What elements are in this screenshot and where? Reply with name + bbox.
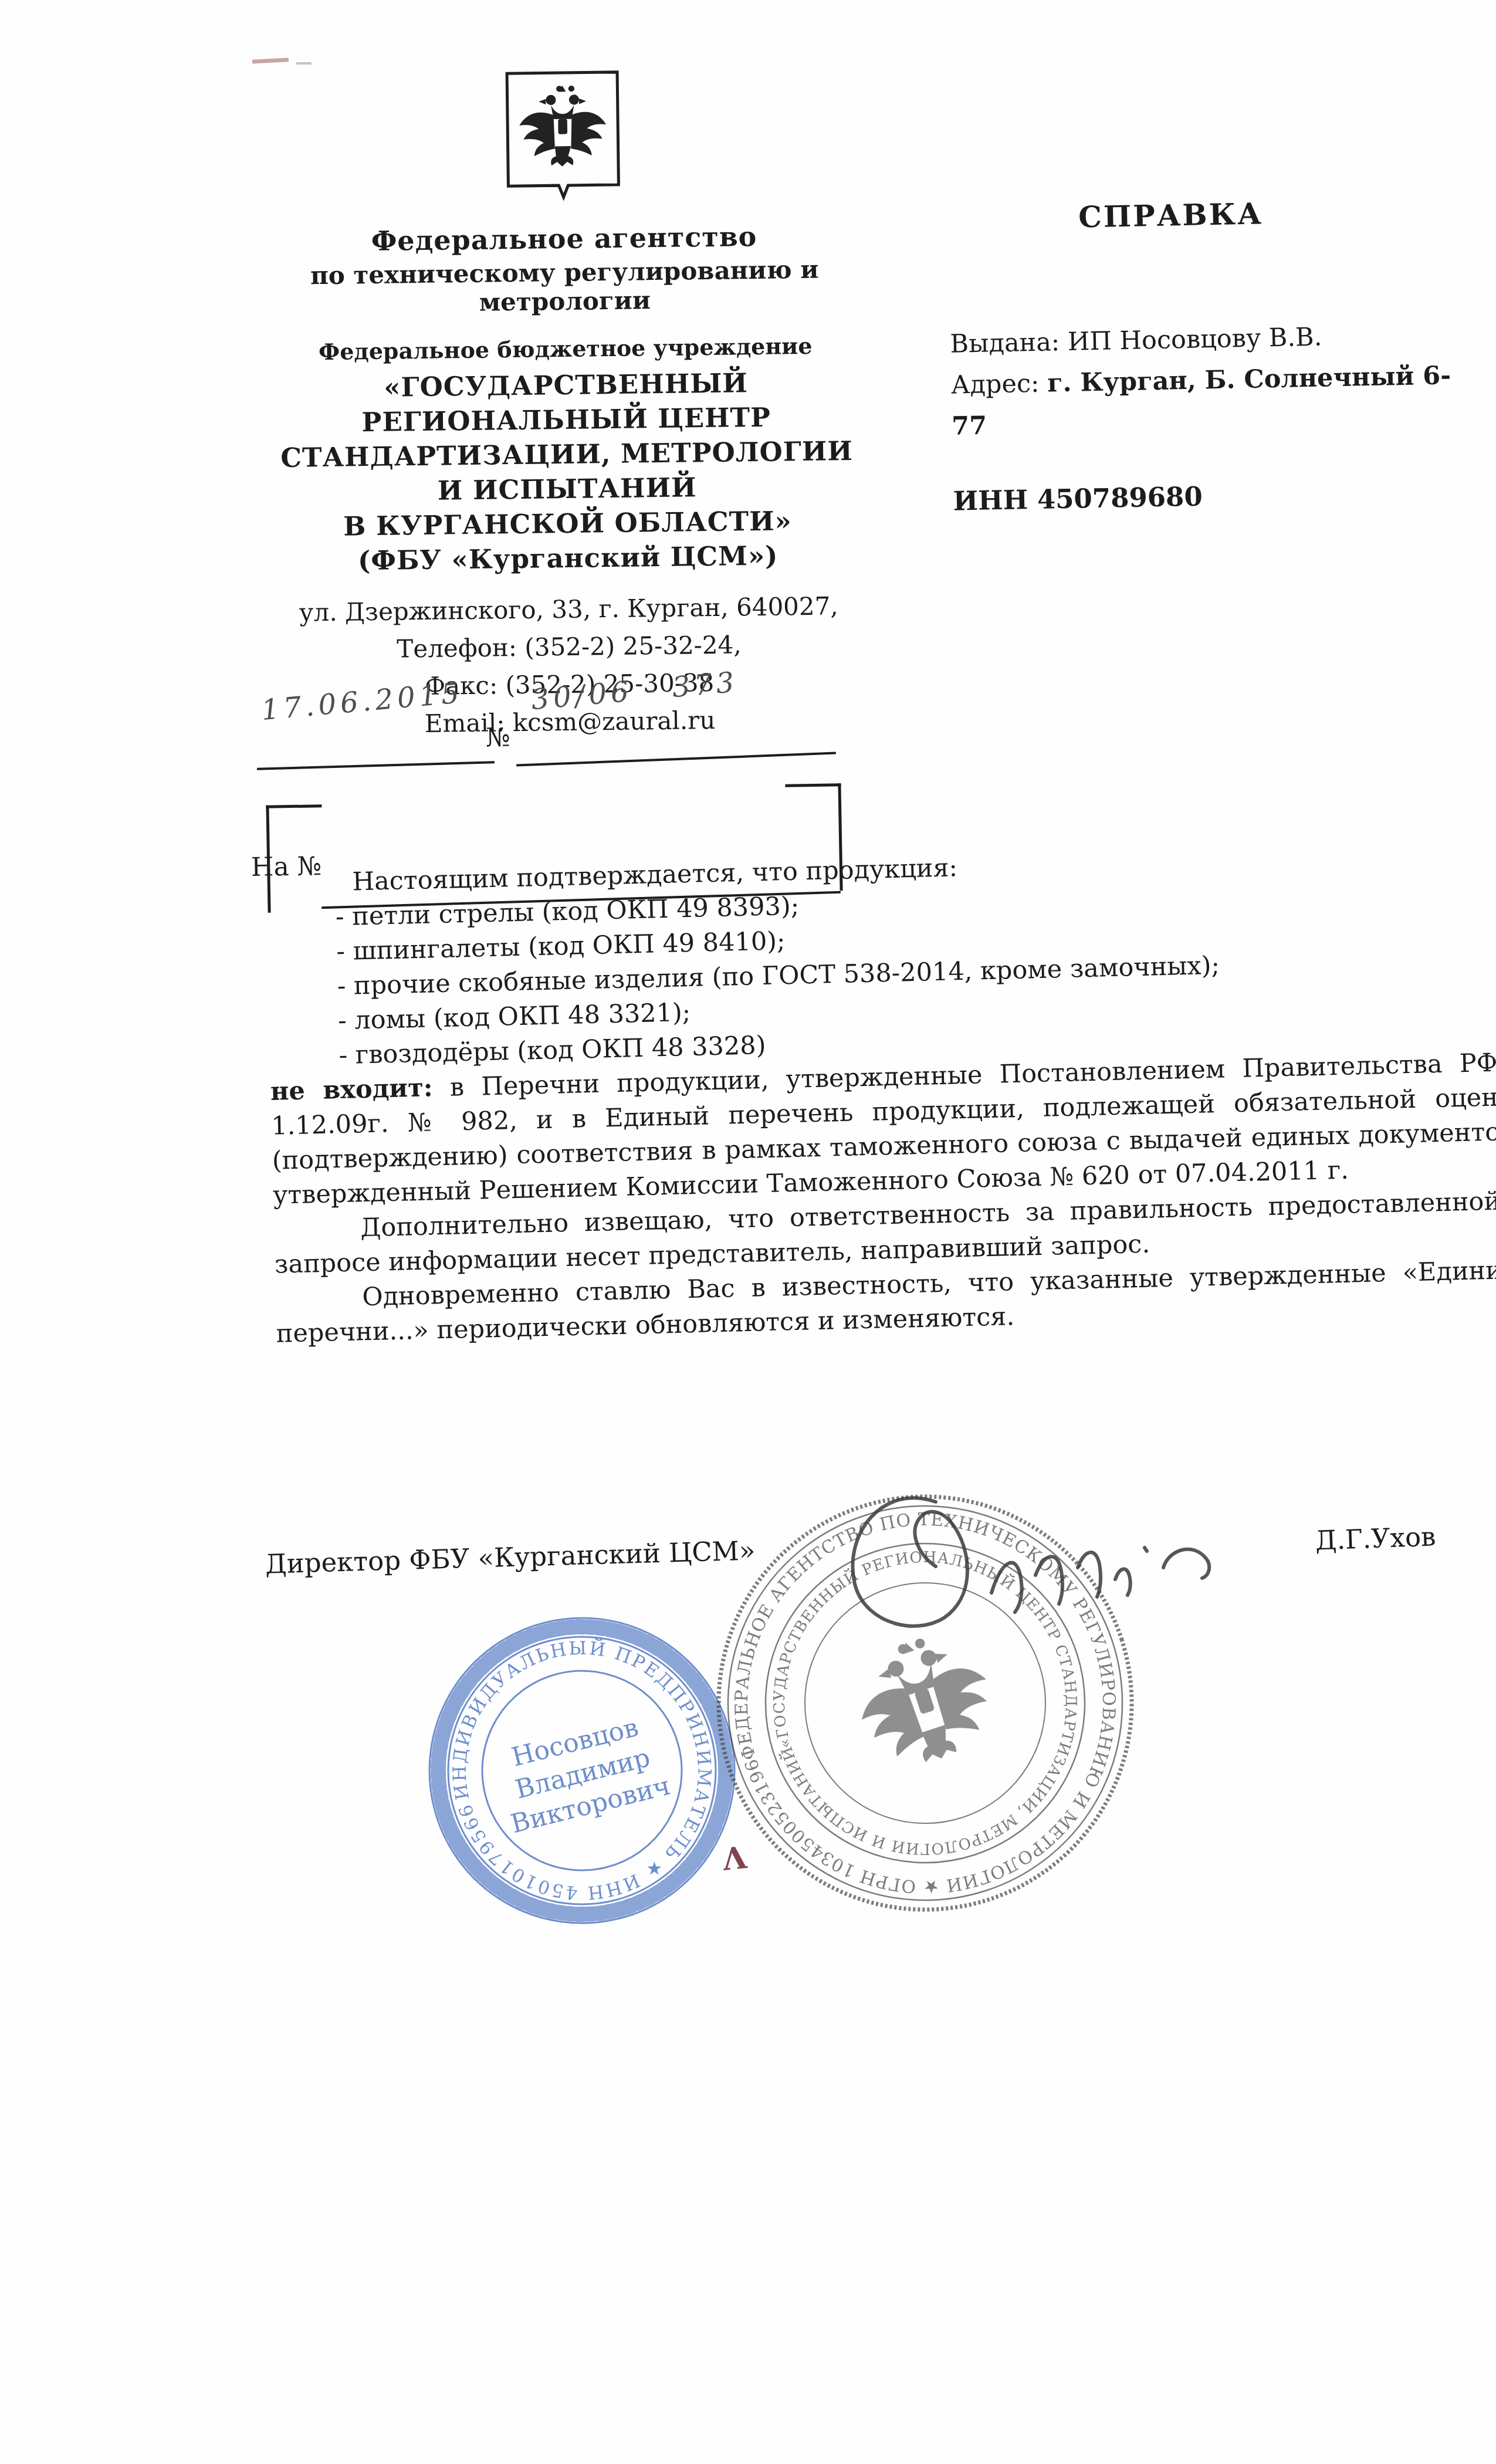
inn-value: ИНН 450789680 — [953, 475, 1487, 516]
body-text: Настоящим подтверждается, что продукция:… — [265, 838, 1496, 1352]
date-underline — [257, 761, 495, 770]
coat-of-arms-russia-icon — [503, 69, 622, 206]
body-line-bold-prefix: не входит: — [270, 1073, 433, 1106]
contact-block: ул. Дзержинского, 33, г. Курган, 640027,… — [231, 587, 908, 745]
scanned-letter-page: Λ Ф — [0, 0, 1496, 2464]
address-line: Адрес: г. Курган, Б. Солнечный 6-77 — [950, 354, 1486, 446]
agency-name-line1: Федеральное агентство — [226, 219, 902, 259]
institution-name-line: (ФБУ «Курганский ЦСМ») — [231, 537, 906, 580]
issued-label: Выдана: — [950, 327, 1068, 359]
entrepreneur-stamp: ИНДИВИДУАЛЬНЫЙ ПРЕДПРИНИМАТЕЛЬ ★ ИНН 450… — [418, 1606, 746, 1937]
body-line-text: - ломы (код ОКП 48 3321); — [338, 998, 691, 1035]
scan-artifact-dash — [252, 57, 289, 63]
institution-name: «ГОСУДАРСТВЕННЫЙ РЕГИОНАЛЬНЫЙ ЦЕНТР СТАН… — [228, 364, 905, 580]
signer-name: Д.Г.Ухов — [1315, 1521, 1436, 1556]
director-signature — [813, 1478, 1294, 1674]
issued-value: ИП Носовцову В.В. — [1067, 323, 1322, 357]
institution-intro: Федеральное бюджетное учреждение — [228, 331, 903, 366]
address-label: Адрес: — [950, 369, 1047, 400]
agency-name-line2: по техническому регулированию и метролог… — [227, 254, 902, 320]
scan-artifact-dash — [296, 62, 312, 65]
document-title: СПРАВКА — [947, 194, 1394, 237]
signer-position: Директор ФБУ «Курганский ЦСМ» — [265, 1535, 756, 1579]
letterhead: Федеральное агентство по техническому ре… — [225, 65, 908, 745]
number-underline — [516, 752, 836, 767]
certificate-header: СПРАВКА Выдана: ИП Носовцову В.В. Адрес:… — [947, 192, 1487, 516]
number-sign: № — [486, 723, 511, 753]
